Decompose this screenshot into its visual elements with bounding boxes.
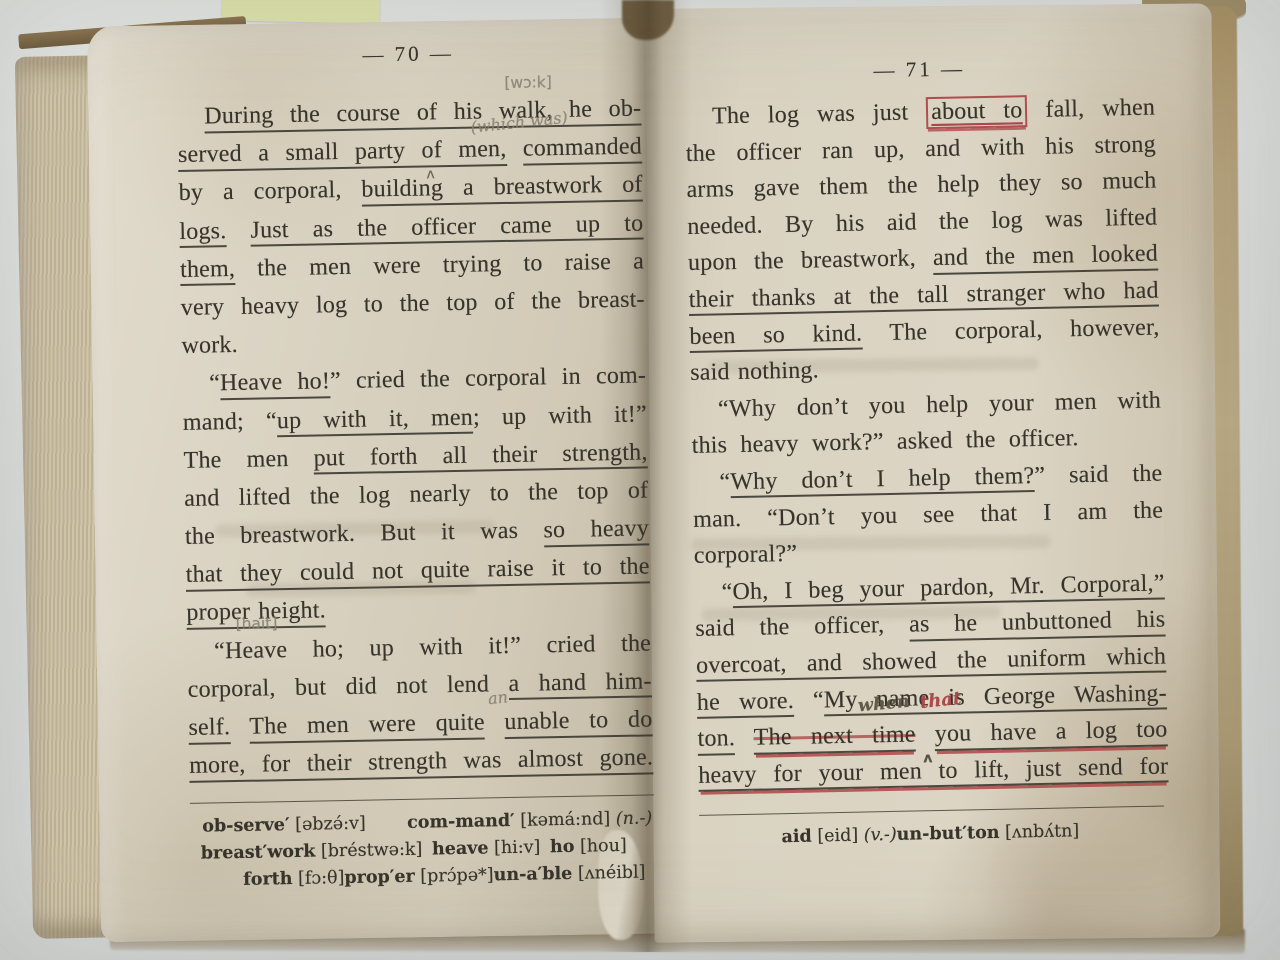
text-segment: Heave ho!: [220, 369, 331, 401]
vocab-word: breast′work: [201, 842, 316, 864]
right-page-text: — 71 — The log was just about to fall, w…: [684, 53, 1170, 854]
text-line: more, for their strength was almost gone…: [189, 745, 654, 792]
text-segment: he wore.: [697, 687, 795, 718]
vocab-pos-tag: (n.-): [610, 809, 652, 830]
vocab-phonetic: [hou]: [574, 836, 627, 857]
text-segment: about to: [926, 95, 1028, 129]
pencil-annotation: an: [487, 689, 508, 706]
vocab-entry: ho [hou]: [550, 833, 627, 861]
red-pen-annotation: that: [919, 691, 962, 710]
text-segment: mand; “: [183, 408, 277, 436]
text-segment: and the men looked: [933, 241, 1159, 275]
text-segment: “: [209, 371, 220, 397]
book-photo: — 70 — During the course of his walk, he…: [0, 0, 1280, 960]
vocab-word: ho: [550, 837, 575, 857]
text-segment: The next time: [754, 722, 916, 755]
vocab-phonetic: [eid]: [812, 826, 859, 847]
text-segment: upon the breastwork,: [688, 245, 933, 276]
text-segment: ” cried the corporal in com-: [330, 363, 647, 395]
vocab-word: com-mand′: [407, 811, 515, 833]
pencil-annotation: [hait]: [235, 616, 277, 632]
vocab-word: heave: [432, 839, 489, 860]
text-segment: them,: [180, 256, 236, 287]
vocab-divider: [699, 806, 1164, 816]
vocab-phonetic: [prɔ́pə*]: [415, 866, 494, 887]
left-vocab-list: ob-serve′ [əbzə́:v]com-mand′ [kəmá:nd] (…: [190, 806, 655, 895]
vocab-phonetic: [əbzə́:v]: [289, 814, 365, 835]
text-segment: self.: [188, 714, 230, 744]
vocab-word: forth: [243, 869, 293, 890]
text-segment: up with it, men: [277, 404, 474, 437]
vocab-entry: aid [eid] (v.-): [781, 822, 897, 851]
text-segment: The men were quite: [249, 709, 485, 743]
text-segment: “Heave ho;[hait]: [214, 636, 344, 664]
vocab-phonetic: [kəmá:nd]: [515, 810, 611, 832]
text-segment: commanded(which was): [523, 134, 643, 166]
vocab-entry: prop′er [prɔ́pə*]: [344, 863, 494, 893]
text-segment: The men: [183, 445, 313, 473]
text-segment: the breastwork. But it was: [185, 517, 544, 550]
vocab-phonetic: [hi:v]: [488, 838, 540, 859]
pencil-annotation: [wɔ:k]: [504, 75, 552, 91]
text-segment: The log was just: [712, 99, 927, 129]
text-segment: work.: [181, 332, 238, 359]
vocab-word: prop′er: [344, 867, 415, 888]
text-segment: said the officer,: [695, 612, 909, 642]
text-segment: Just as the officer came up to: [250, 210, 643, 247]
text-segment: up with it!” cried the: [344, 630, 652, 662]
text-segment: by a corporal,: [178, 177, 361, 206]
text-segment: ; up with it!”: [473, 401, 647, 430]
vocab-entry: forth [fɔ:θ]: [243, 865, 345, 894]
text-segment: been so kind.: [689, 320, 862, 353]
vocab-entry: un-a′ble [ʌnéibl]: [493, 860, 645, 890]
text-segment: fall, when: [1027, 95, 1155, 124]
vocab-entry: heave [hi:v]: [432, 835, 541, 864]
vocab-entry: ob-serve′ [əbzə́:v]: [202, 811, 366, 841]
text-segment: a hand him-: [508, 668, 652, 700]
vocab-word: aid: [781, 827, 812, 848]
text-segment: During the course of his: [204, 98, 499, 133]
text-segment: served a small party of men,ʌ: [178, 136, 507, 172]
text-segment: [226, 217, 251, 243]
text-segment: Why don’t I help them?: [730, 463, 1035, 499]
text-segment: [915, 721, 935, 747]
vocab-phonetic: [ʌnbʌ́tn]: [999, 822, 1079, 844]
vocab-divider: [190, 795, 654, 805]
text-segment: you have a log toowhenthatʌ: [934, 717, 1167, 751]
text-segment: as he unbuttoned his: [909, 607, 1166, 642]
text-segment: building a breastwork of: [361, 172, 643, 207]
vocab-word: un-but′ton: [896, 823, 999, 845]
right-page-lines: The log was just about to fall, whenthe …: [685, 95, 1169, 800]
text-segment: [484, 709, 504, 735]
text-segment: logs.: [179, 218, 227, 248]
text-segment: ton.: [697, 725, 735, 755]
text-segment: so heavy: [543, 515, 649, 546]
text-segment: “: [721, 579, 732, 605]
text-segment: [735, 725, 754, 751]
text-segment: “: [794, 687, 824, 714]
text-segment: unable to doan: [504, 706, 653, 738]
vocab-entry: un-but′ton [ʌnbʌ́tn]: [896, 819, 1079, 850]
text-segment: said nothing.: [690, 358, 819, 387]
vocab-entry: breast′work [bréstwə:k]: [201, 837, 423, 868]
text-segment: [506, 136, 523, 162]
text-segment: corporal, but did not lend: [188, 671, 509, 703]
text-segment: corporal?”: [694, 541, 798, 569]
text-segment: put forth all their strength,: [313, 439, 647, 475]
vocab-word: ob-serve′: [202, 815, 290, 837]
vocab-word: un-a′ble: [493, 864, 572, 885]
vocab-phonetic: [fɔ:θ]: [292, 868, 344, 889]
left-page-text: — 70 — During the course of his walk, he…: [176, 37, 655, 895]
vocab-phonetic: [bréstwə:k]: [315, 840, 422, 862]
text-segment: The corporal, however,: [862, 314, 1160, 346]
text-segment: “: [719, 469, 730, 495]
text-segment: [230, 714, 250, 740]
left-page-lines: During the course of his walk, he ob-[wɔ…: [177, 95, 654, 791]
pencil-annotation: when: [858, 695, 911, 715]
vocab-phonetic: [ʌnéibl]: [572, 863, 645, 884]
vocab-pos-tag: (v.-): [858, 825, 897, 846]
text-segment: ” said the: [1034, 460, 1163, 489]
